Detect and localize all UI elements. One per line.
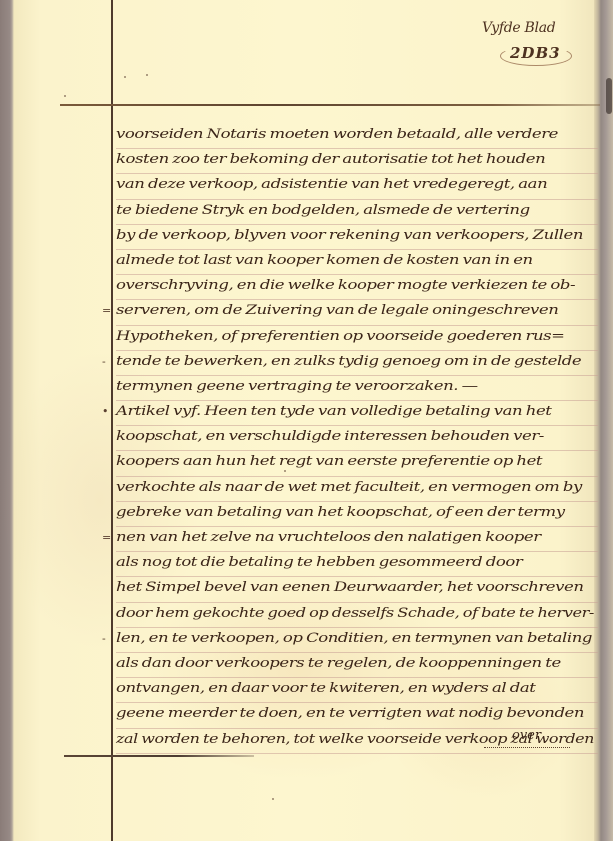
header-rule [60, 104, 600, 106]
paper-speck [124, 76, 126, 78]
text-line: koopers aan hun het regt van eerste pref… [116, 451, 598, 476]
margin-mark: - [102, 628, 105, 650]
text-line: kosten zoo ter bekoming der autorisatie … [116, 149, 598, 174]
line-text: overschryving, en die welke kooper mogte… [116, 275, 575, 297]
deed-text-body: voorseiden Notaris moeten worden betaald… [116, 124, 598, 754]
text-line: voorseiden Notaris moeten worden betaald… [116, 124, 598, 149]
catchword: over [512, 728, 541, 743]
left-margin-rule [111, 0, 113, 841]
text-line: te biedene Stryk en bodgelden, alsmede d… [116, 200, 598, 225]
line-text: termynen geene vertraging te veroorzaken… [116, 376, 478, 398]
line-text: len, en te verkoopen, op Conditien, en t… [116, 628, 592, 650]
line-text: te biedene Stryk en bodgelden, alsmede d… [116, 200, 530, 222]
text-line: by de verkoop, blyven voor rekening van … [116, 225, 598, 250]
margin-mark: - [102, 351, 105, 373]
margin-mark: = [102, 527, 111, 549]
text-line: als dan door verkoopers te regelen, de k… [116, 653, 598, 678]
margin-mark: = [102, 300, 111, 322]
catchword-flourish [484, 745, 570, 748]
paper-speck [284, 470, 286, 472]
text-line: geene meerder te doen, en te verrigten w… [116, 703, 598, 728]
line-text: verkochte als naar de wet met faculteit,… [116, 477, 582, 499]
line-text: nen van het zelve na vruchteloos den nal… [116, 527, 541, 549]
folio-number: 2DB3 [510, 44, 561, 62]
article-heading-line: •Artikel vyf. Heen ten tyde van volledig… [116, 401, 598, 426]
text-line: almede tot last van kooper komen de kost… [116, 250, 598, 275]
line-text: als nog tot die betaling te hebben gesom… [116, 552, 522, 574]
footer-rule [64, 755, 254, 757]
line-text: Hypotheken, of preferentien op voorseide… [116, 326, 565, 348]
text-line: gebreke van betaling van het koopschat, … [116, 502, 598, 527]
line-text: door hem gekochte goed op desselfs Schad… [116, 603, 594, 625]
text-line: het Simpel bevel van eenen Deurwaarder, … [116, 577, 598, 602]
text-line: door hem gekochte goed op desselfs Schad… [116, 603, 598, 628]
line-text: ontvangen, en daar voor te kwiteren, en … [116, 678, 535, 700]
line-text: koopschat, en verschuldigde interessen b… [116, 426, 544, 448]
line-text: gebreke van betaling van het koopschat, … [116, 502, 565, 524]
text-line: =nen van het zelve na vruchteloos den na… [116, 527, 598, 552]
text-line: termynen geene vertraging te veroorzaken… [116, 376, 598, 401]
text-line: overschryving, en die welke kooper mogte… [116, 275, 598, 300]
text-line: koopschat, en verschuldigde interessen b… [116, 426, 598, 451]
margin-mark: • [102, 401, 108, 423]
text-line: -tende te bewerken, en zulks tydig genoe… [116, 351, 598, 376]
line-text: kosten zoo ter bekoming der autorisatie … [116, 149, 545, 171]
paper-speck [64, 95, 66, 97]
line-text: by de verkoop, blyven voor rekening van … [116, 225, 583, 247]
folio-label: Vyfde Blad [482, 20, 555, 36]
text-line: =serveren, om de Zuivering van de legale… [116, 300, 598, 325]
line-text: geene meerder te doen, en te verrigten w… [116, 703, 584, 725]
text-line: -len, en te verkoopen, op Conditien, en … [116, 628, 598, 653]
line-text: almede tot last van kooper komen de kost… [116, 250, 533, 272]
text-line: van deze verkoop, adsistentie van het vr… [116, 174, 598, 199]
line-text: serveren, om de Zuivering van de legale … [116, 300, 558, 322]
document-page: Vyfde Blad 2DB3 voorseiden Notaris moete… [0, 0, 613, 841]
text-line: verkochte als naar de wet met faculteit,… [116, 477, 598, 502]
folio-reference: Vyfde Blad 2DB3 [476, 8, 606, 68]
text-line: Hypotheken, of preferentien op voorseide… [116, 326, 598, 351]
line-text: het Simpel bevel van eenen Deurwaarder, … [116, 577, 584, 599]
line-text: Artikel vyf. Heen ten tyde van volledige… [116, 401, 551, 423]
line-text: als dan door verkoopers te regelen, de k… [116, 653, 561, 675]
text-line: ontvangen, en daar voor te kwiteren, en … [116, 678, 598, 703]
line-text: koopers aan hun het regt van eerste pref… [116, 451, 542, 473]
ink-blot [606, 78, 612, 114]
line-text: tende te bewerken, en zulks tydig genoeg… [116, 351, 581, 373]
text-line: als nog tot die betaling te hebben gesom… [116, 552, 598, 577]
line-text: voorseiden Notaris moeten worden betaald… [116, 124, 558, 146]
paper-speck [272, 798, 274, 800]
paper-speck [146, 74, 148, 76]
line-text: van deze verkoop, adsistentie van het vr… [116, 174, 547, 196]
